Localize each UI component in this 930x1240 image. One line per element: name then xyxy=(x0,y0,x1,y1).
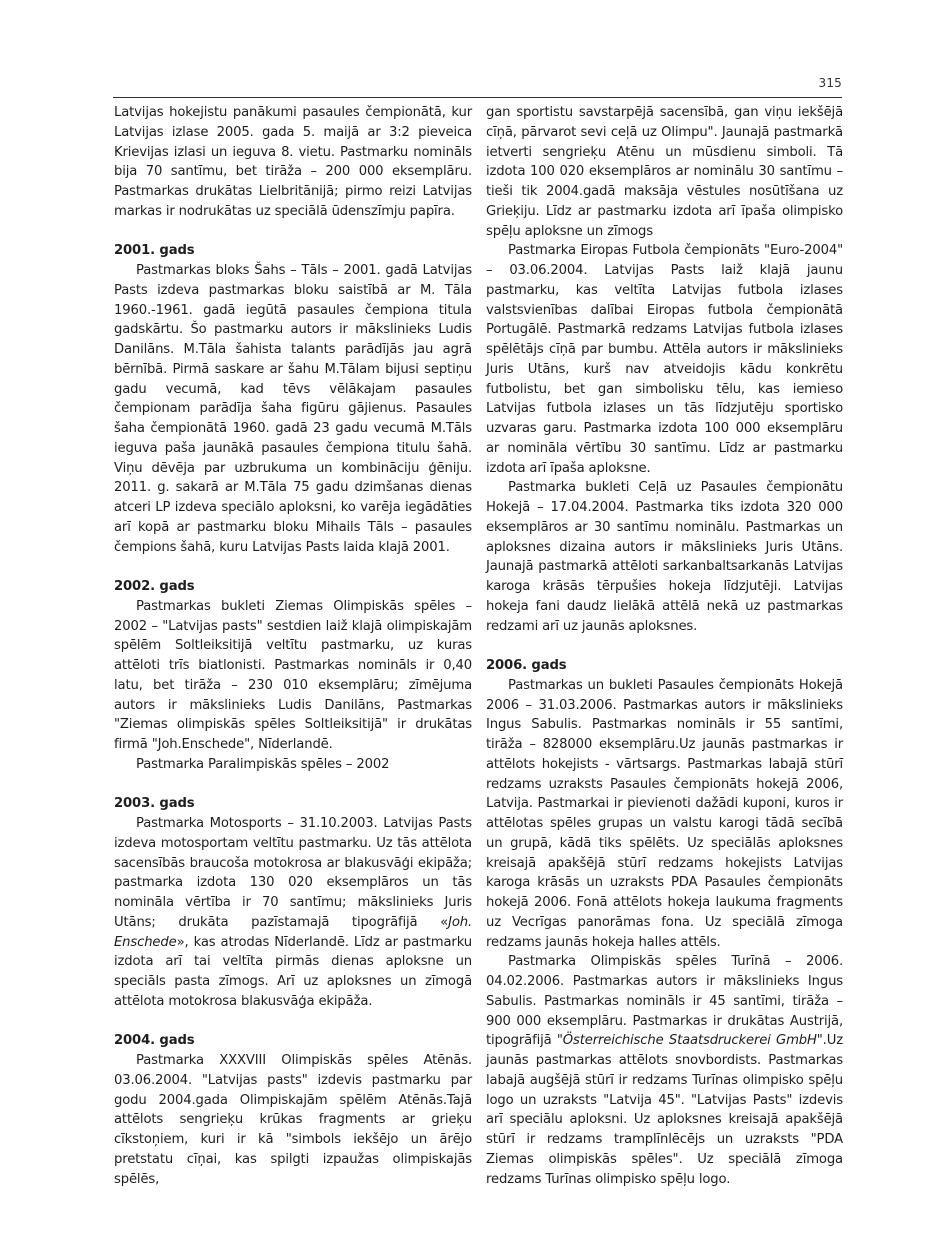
left-column: Latvijas hokejistu panākumi pasaules čem… xyxy=(114,103,472,1189)
paragraph-athens-continuation: gan sportistu savstarpējā sacensībā, gan… xyxy=(486,103,843,241)
paragraph-2001-chess: Pastmarkas bloks Šahs – Tāls – 2001. gad… xyxy=(114,261,472,557)
intro-paragraph: Latvijas hokejistu panākumi pasaules čem… xyxy=(114,103,472,222)
text-segment: ".Uz jaunās pastmarkas attēlots snovbord… xyxy=(486,1033,843,1186)
page-number: 315 xyxy=(818,76,842,90)
italic-printer-name: Österreichische Staatsdruckerei GmbH xyxy=(563,1033,817,1048)
section-heading-2001: 2001. gads xyxy=(114,241,472,261)
section-heading-2006: 2006. gads xyxy=(486,656,843,676)
paragraph-2004-hockey: Pastmarka bukleti Ceļā uz Pasaules čempi… xyxy=(486,478,843,636)
section-heading-2004: 2004. gads xyxy=(114,1031,472,1051)
paragraph-2002-winter-olympics: Pastmarkas bukleti Ziemas Olimpiskās spē… xyxy=(114,597,472,755)
paragraph-2004-athens: Pastmarka XXXVIII Olimpiskās spēles Atēn… xyxy=(114,1051,472,1189)
paragraph-2003-motosport: Pastmarka Motosports – 31.10.2003. Latvi… xyxy=(114,814,472,1012)
paragraph-2006-hockey: Pastmarkas un bukleti Pasaules čempionāt… xyxy=(486,676,843,953)
header-rule xyxy=(113,97,842,98)
section-heading-2002: 2002. gads xyxy=(114,577,472,597)
paragraph-2004-euro: Pastmarka Eiropas Futbola čempionāts "Eu… xyxy=(486,241,843,478)
text-segment: Pastmarka Motosports – 31.10.2003. Latvi… xyxy=(114,816,472,930)
paragraph-2006-turin: Pastmarka Olimpiskās spēles Turīnā – 200… xyxy=(486,952,843,1189)
section-heading-2003: 2003. gads xyxy=(114,794,472,814)
right-column: gan sportistu savstarpējā sacensībā, gan… xyxy=(486,103,843,1189)
paragraph-2002-paralympics: Pastmarka Paralimpiskās spēles – 2002 xyxy=(114,755,472,775)
